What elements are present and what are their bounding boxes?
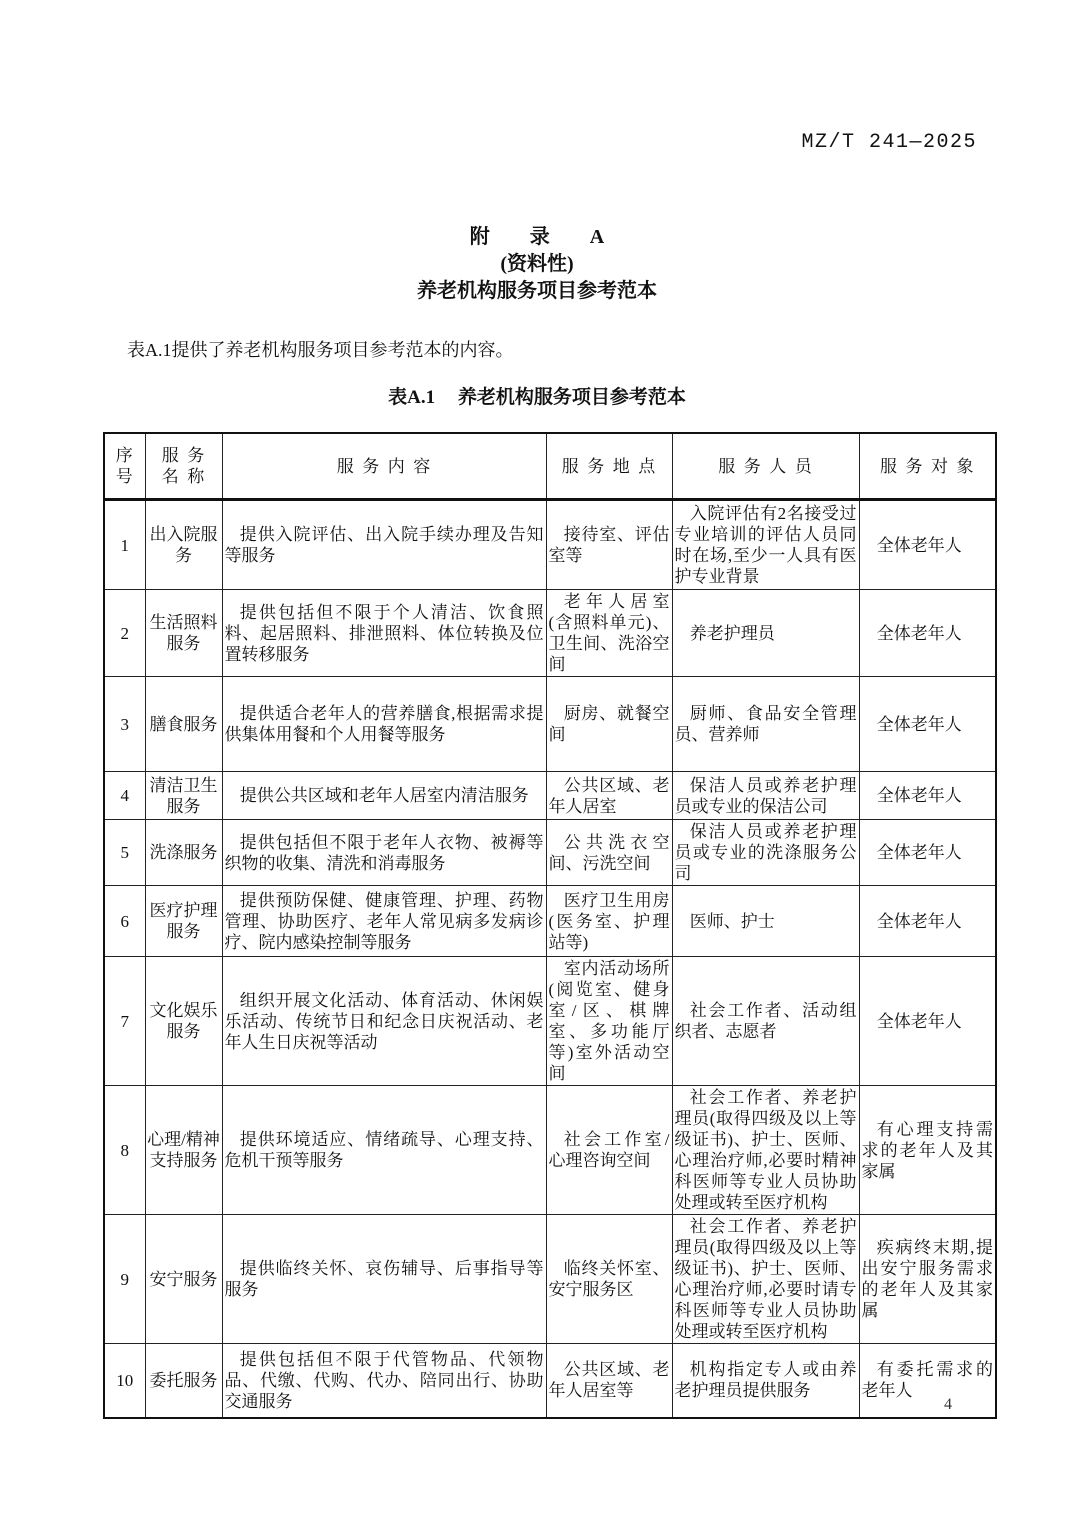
cell-no: 4	[104, 772, 145, 820]
cell-service-staff: 社会工作者、养老护理员(取得四级及以上等级证书)、护士、医师、心理治疗师,必要时…	[672, 1215, 859, 1344]
cell-service-staff: 社会工作者、养老护理员(取得四级及以上等级证书)、护士、医师、心理治疗师,必要时…	[672, 1086, 859, 1215]
header-service-name: 服务名称	[145, 433, 222, 500]
header-service-target: 服务对象	[859, 433, 996, 500]
header-service-location: 服务地点	[546, 433, 672, 500]
cell-service-location: 公共洗衣空间、污洗空间	[546, 820, 672, 886]
cell-service-staff: 医师、护士	[672, 886, 859, 957]
table-caption-label: 表A.1	[388, 387, 435, 408]
cell-no: 6	[104, 886, 145, 957]
table-row: 5洗涤服务提供包括但不限于老年人衣物、被褥等织物的收集、清洗和消毒服务公共洗衣空…	[104, 820, 996, 886]
page-number: 4	[944, 1396, 952, 1414]
table-header: 序号 服务名称 服务内容 服务地点 服务人员 服务对象	[104, 433, 996, 500]
table-row: 4清洁卫生服务提供公共区域和老年人居室内清洁服务公共区域、老年人居室保洁人员或养…	[104, 772, 996, 820]
cell-service-name: 膳食服务	[145, 677, 222, 772]
cell-service-location: 室内活动场所(阅览室、健身室/区、棋牌室、多功能厅等)室外活动空间	[546, 957, 672, 1086]
cell-service-name: 心理/精神支持服务	[145, 1086, 222, 1215]
cell-service-location: 临终关怀室、安宁服务区	[546, 1215, 672, 1344]
cell-no: 1	[104, 500, 145, 590]
cell-service-staff: 入院评估有2名接受过专业培训的评估人员同时在场,至少一人具有医护专业背景	[672, 500, 859, 590]
cell-service-content: 提供包括但不限于个人清洁、饮食照料、起居照料、排泄照料、体位转换及位置转移服务	[222, 590, 546, 677]
cell-no: 10	[104, 1344, 145, 1418]
cell-service-staff: 社会工作者、活动组织者、志愿者	[672, 957, 859, 1086]
cell-service-name: 安宁服务	[145, 1215, 222, 1344]
table-body: 1出入院服务提供入院评估、出入院手续办理及告知等服务接待室、评估室等入院评估有2…	[104, 500, 996, 1418]
cell-service-staff: 保洁人员或养老护理员或专业的洗涤服务公司	[672, 820, 859, 886]
table-row: 1出入院服务提供入院评估、出入院手续办理及告知等服务接待室、评估室等入院评估有2…	[104, 500, 996, 590]
appendix-label: 附 录 A	[0, 224, 1074, 251]
cell-service-target: 有委托需求的老年人	[859, 1344, 996, 1418]
cell-service-name: 文化娱乐服务	[145, 957, 222, 1086]
cell-service-name: 生活照料服务	[145, 590, 222, 677]
cell-service-target: 全体老年人	[859, 772, 996, 820]
table-row: 6医疗护理服务提供预防保健、健康管理、护理、药物管理、协助医疗、老年人常见病多发…	[104, 886, 996, 957]
table-caption: 表A.1养老机构服务项目参考范本	[0, 382, 1074, 409]
cell-service-content: 提供预防保健、健康管理、护理、药物管理、协助医疗、老年人常见病多发病诊疗、院内感…	[222, 886, 546, 957]
cell-service-staff: 保洁人员或养老护理员或专业的保洁公司	[672, 772, 859, 820]
header-no: 序号	[104, 433, 145, 500]
cell-service-content: 提供环境适应、情绪疏导、心理支持、危机干预等服务	[222, 1086, 546, 1215]
table-row: 7文化娱乐服务组织开展文化活动、体育活动、休闲娱乐活动、传统节日和纪念日庆祝活动…	[104, 957, 996, 1086]
cell-service-target: 全体老年人	[859, 820, 996, 886]
cell-service-target: 全体老年人	[859, 886, 996, 957]
cell-service-name: 出入院服务	[145, 500, 222, 590]
cell-service-content: 提供包括但不限于代管物品、代领物品、代缴、代购、代办、陪同出行、协助交通服务	[222, 1344, 546, 1418]
cell-no: 3	[104, 677, 145, 772]
document-page: MZ/T 241—2025 附 录 A (资料性) 养老机构服务项目参考范本 表…	[0, 0, 1074, 1520]
cell-service-location: 公共区域、老年人居室等	[546, 1344, 672, 1418]
table-row: 3膳食服务提供适合老年人的营养膳食,根据需求提供集体用餐和个人用餐等服务厨房、就…	[104, 677, 996, 772]
cell-no: 2	[104, 590, 145, 677]
table-header-row: 序号 服务名称 服务内容 服务地点 服务人员 服务对象	[104, 433, 996, 500]
cell-service-target: 全体老年人	[859, 677, 996, 772]
table-row: 2生活照料服务提供包括但不限于个人清洁、饮食照料、起居照料、排泄照料、体位转换及…	[104, 590, 996, 677]
cell-service-staff: 厨师、食品安全管理员、营养师	[672, 677, 859, 772]
cell-service-content: 提供入院评估、出入院手续办理及告知等服务	[222, 500, 546, 590]
table-row: 8心理/精神支持服务提供环境适应、情绪疏导、心理支持、危机干预等服务社会工作室/…	[104, 1086, 996, 1215]
cell-service-staff: 养老护理员	[672, 590, 859, 677]
header-service-staff: 服务人员	[672, 433, 859, 500]
cell-no: 7	[104, 957, 145, 1086]
cell-service-content: 提供包括但不限于老年人衣物、被褥等织物的收集、清洗和消毒服务	[222, 820, 546, 886]
cell-service-content: 提供临终关怀、哀伤辅导、后事指导等服务	[222, 1215, 546, 1344]
cell-no: 5	[104, 820, 145, 886]
cell-service-name: 清洁卫生服务	[145, 772, 222, 820]
cell-service-content: 组织开展文化活动、体育活动、休闲娱乐活动、传统节日和纪念日庆祝活动、老年人生日庆…	[222, 957, 546, 1086]
cell-service-staff: 机构指定专人或由养老护理员提供服务	[672, 1344, 859, 1418]
cell-service-location: 接待室、评估室等	[546, 500, 672, 590]
table-caption-title: 养老机构服务项目参考范本	[458, 387, 686, 408]
cell-service-location: 医疗卫生用房(医务室、护理站等)	[546, 886, 672, 957]
cell-service-content: 提供适合老年人的营养膳食,根据需求提供集体用餐和个人用餐等服务	[222, 677, 546, 772]
cell-service-target: 全体老年人	[859, 590, 996, 677]
appendix-title: 养老机构服务项目参考范本	[0, 278, 1074, 305]
cell-service-target: 全体老年人	[859, 500, 996, 590]
cell-service-content: 提供公共区域和老年人居室内清洁服务	[222, 772, 546, 820]
intro-paragraph: 表A.1提供了养老机构服务项目参考范本的内容。	[103, 336, 995, 362]
cell-service-location: 公共区域、老年人居室	[546, 772, 672, 820]
appendix-type: (资料性)	[0, 251, 1074, 278]
standard-number: MZ/T 241—2025	[801, 131, 977, 154]
cell-service-location: 社会工作室/心理咨询空间	[546, 1086, 672, 1215]
header-service-content: 服务内容	[222, 433, 546, 500]
cell-service-name: 委托服务	[145, 1344, 222, 1418]
cell-service-target: 疾病终末期,提出安宁服务需求的老年人及其家属	[859, 1215, 996, 1344]
table-row: 9安宁服务提供临终关怀、哀伤辅导、后事指导等服务临终关怀室、安宁服务区社会工作者…	[104, 1215, 996, 1344]
appendix-heading: 附 录 A (资料性) 养老机构服务项目参考范本	[0, 224, 1074, 305]
cell-service-name: 医疗护理服务	[145, 886, 222, 957]
service-items-table: 序号 服务名称 服务内容 服务地点 服务人员 服务对象 1出入院服务提供入院评估…	[103, 432, 997, 1419]
cell-service-location: 厨房、就餐空间	[546, 677, 672, 772]
cell-service-target: 有心理支持需求的老年人及其家属	[859, 1086, 996, 1215]
cell-no: 8	[104, 1086, 145, 1215]
cell-no: 9	[104, 1215, 145, 1344]
cell-service-location: 老年人居室(含照料单元)、卫生间、洗浴空间	[546, 590, 672, 677]
cell-service-target: 全体老年人	[859, 957, 996, 1086]
cell-service-name: 洗涤服务	[145, 820, 222, 886]
table-row: 10委托服务提供包括但不限于代管物品、代领物品、代缴、代购、代办、陪同出行、协助…	[104, 1344, 996, 1418]
